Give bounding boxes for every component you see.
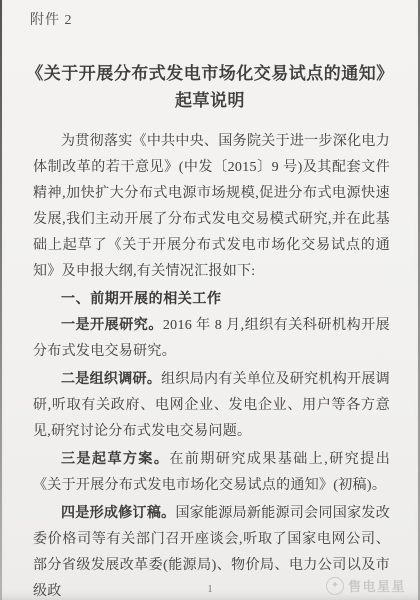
attachment-label: 附件 2 (30, 9, 73, 29)
star-circle-icon: ✦ (326, 577, 344, 595)
title-line-2: 起草说明 (0, 87, 420, 114)
paragraph-item-3-lead: 三是起草方案。 (61, 450, 169, 466)
paragraph-item-2-lead: 二是组织调研。 (61, 370, 161, 386)
document-page: 附件 2 《关于开展分布式发电市场化交易试点的通知》 起草说明 为贯彻落实《中共… (0, 0, 420, 600)
paragraph-intro: 为贯彻落实《中共中央、国务院关于进一步深化电力体制改革的若干意见》(中发〔201… (33, 129, 390, 285)
document-title: 《关于开展分布式发电市场化交易试点的通知》 起草说明 (0, 60, 420, 114)
section-heading-1: 一、前期开展的相关工作 (33, 285, 390, 311)
paragraph-item-3: 三是起草方案。在前期研究成果基础上,研究提出《关于开展分布式发电市场化交易试点的… (33, 445, 390, 499)
title-line-1: 《关于开展分布式发电市场化交易试点的通知》 (0, 60, 420, 87)
paragraph-item-2: 二是组织调研。组织局内有关单位及研究机构开展调研,听取有关政府、电网企业、发电企… (33, 365, 390, 445)
watermark-text: 售电星星 (348, 576, 406, 595)
watermark: ✦ 售电星星 (326, 576, 406, 595)
paragraph-item-4-lead: 四是形成修订稿。 (61, 504, 175, 520)
document-body: 为贯彻落实《中共中央、国务院关于进一步深化电力体制改革的若干意见》(中发〔201… (33, 129, 390, 600)
paragraph-item-1-lead: 一是开展研究。 (61, 316, 163, 332)
paragraph-item-1: 一是开展研究。2016 年 8 月,组织有关科研机构开展分布式发电交易研究。 (33, 311, 390, 365)
